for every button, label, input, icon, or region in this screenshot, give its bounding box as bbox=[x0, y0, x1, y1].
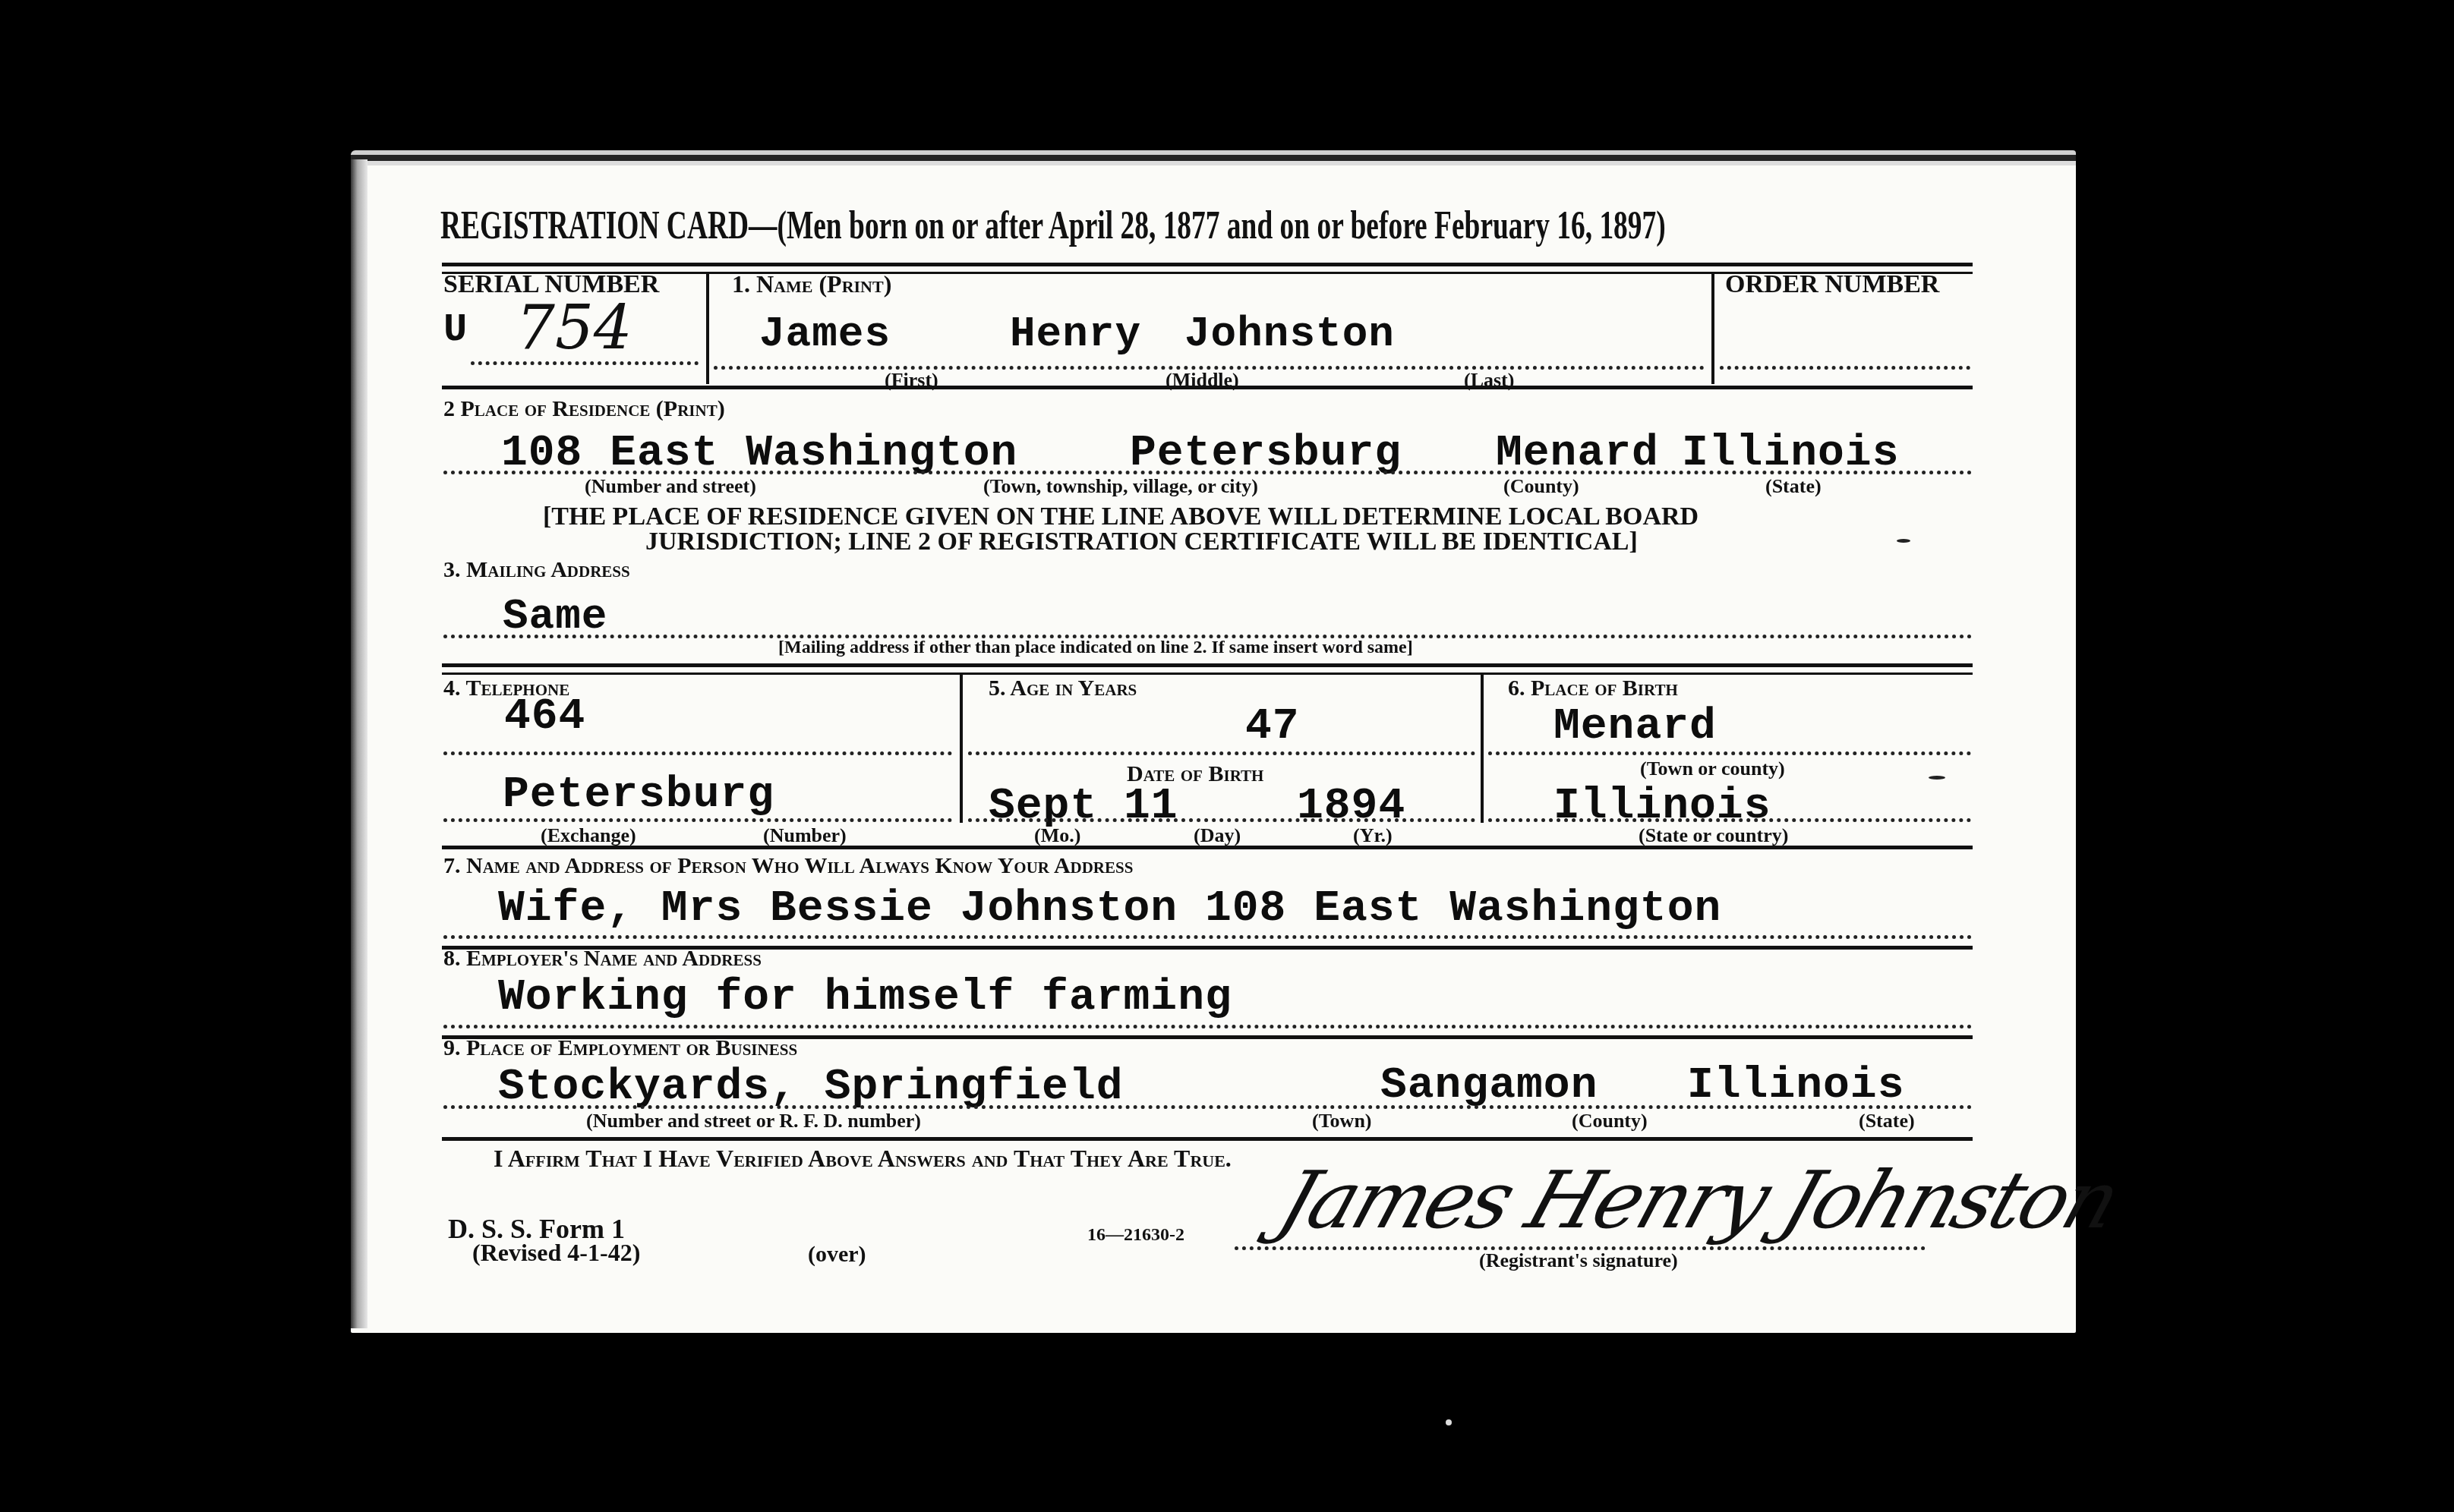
dob-line bbox=[968, 818, 1475, 822]
divider bbox=[960, 674, 963, 823]
over-note: (over) bbox=[808, 1242, 866, 1268]
name-label: 1. Name (Print) bbox=[732, 270, 891, 298]
registrant-signature[interactable]: James Henry Johnston bbox=[1268, 1154, 2129, 1246]
employment-state-sublabel: (State) bbox=[1859, 1110, 1915, 1132]
mailing-note: [Mailing address if other than place ind… bbox=[778, 638, 1413, 658]
card-edge bbox=[351, 159, 367, 1328]
scan-mark bbox=[1897, 539, 1910, 543]
age-value[interactable]: 47 bbox=[1245, 702, 1300, 751]
divider bbox=[1481, 674, 1484, 823]
employment-state[interactable]: Illinois bbox=[1687, 1061, 1904, 1110]
state-sublabel: (State) bbox=[1765, 475, 1822, 498]
birthplace-state-sublabel: (State or country) bbox=[1639, 824, 1788, 847]
order-number-line[interactable] bbox=[1720, 366, 1970, 370]
telephone-exchange[interactable]: Petersburg bbox=[503, 770, 774, 820]
town-sublabel: (Town, township, village, or city) bbox=[983, 475, 1258, 498]
contact-label: 7. Name and Address of Person Who Will A… bbox=[443, 853, 1133, 879]
contact-line bbox=[443, 935, 1973, 939]
serial-number-value[interactable]: 754 bbox=[516, 292, 632, 363]
residence-label: 2 Place of Residence (Print) bbox=[443, 396, 725, 422]
contact-value[interactable]: Wife, Mrs Bessie Johnston 108 East Washi… bbox=[498, 884, 1721, 934]
divider bbox=[442, 673, 1973, 675]
employer-label: 8. Employer's Name and Address bbox=[443, 946, 762, 972]
divider bbox=[442, 663, 1973, 667]
birthplace-state-line bbox=[1488, 818, 1971, 822]
street-sublabel: (Number and street) bbox=[585, 475, 756, 498]
scan-speck bbox=[1446, 1419, 1452, 1425]
age-line bbox=[968, 751, 1475, 755]
card-title: REGISTRATION CARD—(Men born on or after … bbox=[440, 203, 1666, 248]
divider bbox=[442, 846, 1973, 849]
year-sublabel: (Yr.) bbox=[1353, 824, 1393, 847]
age-label: 5. Age in Years bbox=[989, 676, 1137, 701]
month-sublabel: (Mo.) bbox=[1034, 824, 1080, 847]
divider bbox=[706, 272, 709, 384]
exchange-sublabel: (Exchange) bbox=[541, 824, 636, 847]
day-sublabel: (Day) bbox=[1194, 824, 1241, 847]
telephone-number[interactable]: 464 bbox=[504, 692, 585, 742]
birthplace-town-line bbox=[1488, 751, 1971, 755]
mailing-value[interactable]: Same bbox=[503, 592, 607, 641]
employment-town-sublabel: (Town) bbox=[1312, 1110, 1372, 1132]
middle-name-value[interactable]: Henry bbox=[1010, 310, 1141, 358]
serial-line bbox=[471, 361, 699, 365]
employer-line bbox=[443, 1025, 1973, 1028]
birthplace-label: 6. Place of Birth bbox=[1508, 676, 1678, 701]
birthplace-town[interactable]: Menard bbox=[1553, 702, 1717, 751]
scan-mark bbox=[1929, 776, 1945, 780]
serial-prefix: U bbox=[443, 307, 468, 352]
dob-day[interactable]: 11 bbox=[1124, 782, 1178, 831]
employment-county[interactable]: Sangamon bbox=[1380, 1061, 1598, 1110]
divider bbox=[442, 263, 1973, 266]
employment-county-sublabel: (County) bbox=[1572, 1110, 1648, 1132]
residence-line bbox=[443, 471, 1973, 474]
county-sublabel: (County) bbox=[1503, 475, 1579, 498]
divider bbox=[1711, 272, 1714, 384]
divider bbox=[442, 386, 1973, 389]
residence-notice-2: JURISDICTION; LINE 2 OF REGISTRATION CER… bbox=[645, 528, 1638, 556]
mailing-label: 3. Mailing Address bbox=[443, 557, 630, 583]
affirmation-text: I Affirm That I Have Verified Above Answ… bbox=[494, 1145, 1232, 1173]
employment-street-sublabel: (Number and street or R. F. D. number) bbox=[586, 1110, 921, 1132]
signature-label: (Registrant's signature) bbox=[1479, 1249, 1678, 1272]
employment-line bbox=[443, 1105, 1973, 1109]
employment-place-label: 9. Place of Employment or Business bbox=[443, 1035, 797, 1061]
birthplace-town-sublabel: (Town or county) bbox=[1640, 758, 1785, 780]
first-name-value[interactable]: James bbox=[759, 310, 891, 358]
last-name-value[interactable]: Johnston bbox=[1184, 310, 1395, 358]
divider bbox=[442, 1137, 1973, 1141]
number-sublabel: (Number) bbox=[763, 824, 847, 847]
order-number-label: ORDER NUMBER bbox=[1725, 270, 1939, 299]
print-code: 16—21630-2 bbox=[1087, 1225, 1184, 1246]
exchange-line bbox=[443, 818, 952, 822]
employer-value[interactable]: Working for himself farming bbox=[498, 973, 1232, 1022]
form-revised: (Revised 4-1-42) bbox=[472, 1239, 640, 1267]
telephone-line bbox=[443, 751, 952, 755]
